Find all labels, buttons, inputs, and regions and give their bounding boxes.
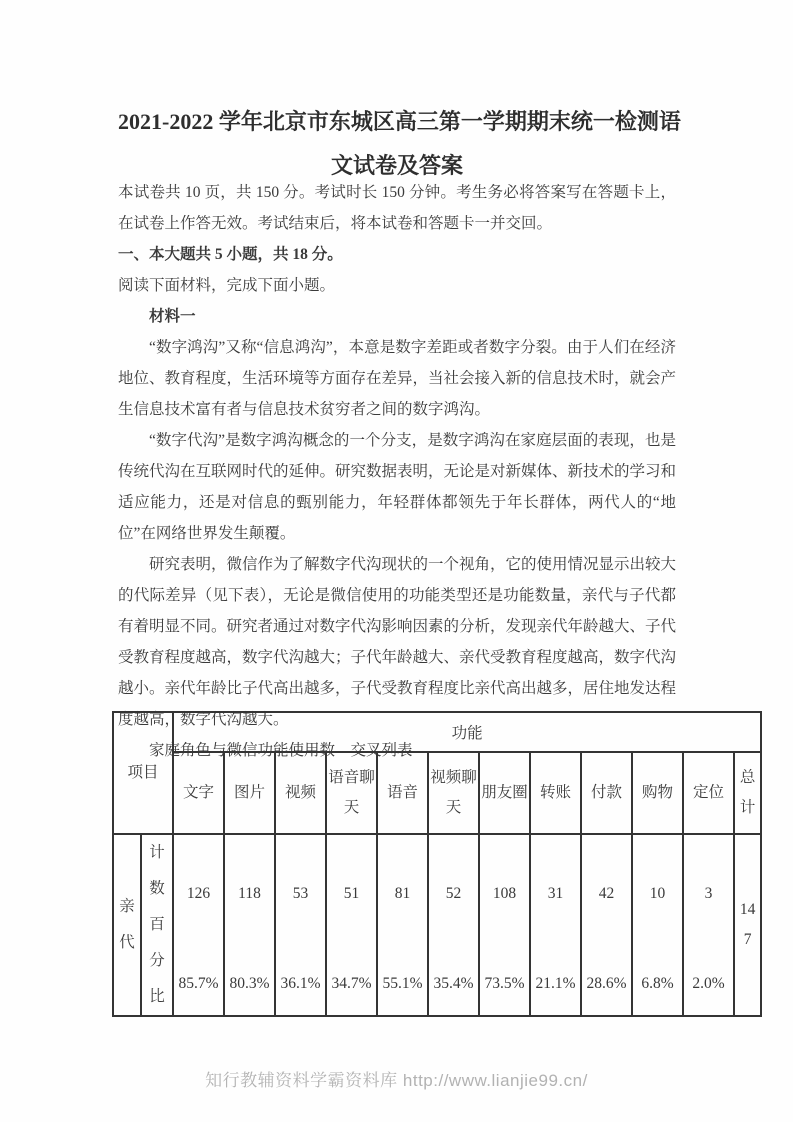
table-cell: 42 28.6% [581, 834, 632, 1016]
table-cell: 118 80.3% [224, 834, 275, 1016]
table-cell: 51 34.7% [326, 834, 377, 1016]
percent-value: 73.5% [481, 974, 528, 994]
column-header-transfer: 转账 [530, 752, 581, 834]
column-header-shopping: 购物 [632, 752, 683, 834]
percent-value: 2.0% [685, 974, 732, 994]
column-header-text: 文字 [173, 752, 224, 834]
table-cell: 52 35.4% [428, 834, 479, 1016]
column-header-video-chat: 视频聊天 [428, 752, 479, 834]
column-header-picture: 图片 [224, 752, 275, 834]
count-value: 31 [532, 884, 579, 904]
count-value: 52 [430, 884, 477, 904]
table-cell: 31 21.1% [530, 834, 581, 1016]
crosstab-table: 项目 功能 文字 图片 视频 语音聊天 语音 视频聊天 朋友圈 转账 付款 购物… [112, 711, 762, 1017]
table-cell: 126 85.7% [173, 834, 224, 1016]
material-label: 材料一 [118, 301, 676, 332]
percent-value: 28.6% [583, 974, 630, 994]
exam-notice-paragraph: 本试卷共 10 页，共 150 分。考试时长 150 分钟。考生务必将答案写在答… [118, 177, 676, 239]
row-label-percent: 百分比 [143, 907, 171, 1015]
count-value: 53 [277, 884, 324, 904]
count-value: 10 [634, 884, 681, 904]
material-paragraph-1: “数字鸿沟”又称“信息鸿沟”，本意是数字差距或者数字分裂。由于人们在经济地位、教… [118, 332, 676, 425]
row-group-label: 亲代 [113, 834, 141, 1016]
count-value: 81 [379, 884, 426, 904]
column-header-total: 总计 [734, 752, 761, 834]
count-value: 42 [583, 884, 630, 904]
table-cell: 108 73.5% [479, 834, 530, 1016]
total-value: 147 [734, 834, 761, 1016]
row-labels-cell: 计数 百分比 [141, 834, 173, 1016]
count-value: 118 [226, 884, 273, 904]
percent-value: 36.1% [277, 974, 324, 994]
percent-value: 6.8% [634, 974, 681, 994]
percent-value: 21.1% [532, 974, 579, 994]
percent-value: 80.3% [226, 974, 273, 994]
percent-value: 34.7% [328, 974, 375, 994]
column-header-voice-chat: 语音聊天 [326, 752, 377, 834]
page-title: 2021-2022 学年北京市东城区高三第一学期期末统一检测语 文试卷及答案 [118, 100, 676, 188]
table-cell: 81 55.1% [377, 834, 428, 1016]
count-value: 3 [685, 884, 732, 904]
table-cell: 10 6.8% [632, 834, 683, 1016]
material-paragraph-3: 研究表明，微信作为了解数字代沟现状的一个视角，它的使用情况显示出较大的代际差异（… [118, 549, 676, 735]
column-header-video: 视频 [275, 752, 326, 834]
column-header-location: 定位 [683, 752, 734, 834]
document-page: 2021-2022 学年北京市东城区高三第一学期期末统一检测语 文试卷及答案 本… [0, 0, 793, 1122]
count-value: 51 [328, 884, 375, 904]
table-group-header: 功能 [173, 712, 761, 752]
page-title-line-1: 2021-2022 学年北京市东城区高三第一学期期末统一检测语 [118, 100, 676, 144]
percent-value: 35.4% [430, 974, 477, 994]
count-value: 108 [481, 884, 528, 904]
table-cell: 53 36.1% [275, 834, 326, 1016]
table-cell: 3 2.0% [683, 834, 734, 1016]
column-header-moments: 朋友圈 [479, 752, 530, 834]
section-heading: 一、本大题共 5 小题，共 18 分。 [118, 239, 676, 270]
column-header-voice: 语音 [377, 752, 428, 834]
column-header-payment: 付款 [581, 752, 632, 834]
document-body: 本试卷共 10 页，共 150 分。考试时长 150 分钟。考生务必将答案写在答… [118, 177, 676, 766]
percent-value: 85.7% [175, 974, 222, 994]
material-paragraph-2: “数字代沟”是数字鸿沟概念的一个分支，是数字鸿沟在家庭层面的表现，也是传统代沟在… [118, 425, 676, 549]
table-corner-header: 项目 [113, 712, 173, 834]
row-label-count: 计数 [143, 835, 171, 907]
percent-value: 55.1% [379, 974, 426, 994]
instruction-paragraph: 阅读下面材料，完成下面小题。 [118, 270, 676, 301]
site-footer: 知行教辅资料学霸资料库 http://www.lianjie99.cn/ [0, 1066, 793, 1091]
count-value: 126 [175, 884, 222, 904]
